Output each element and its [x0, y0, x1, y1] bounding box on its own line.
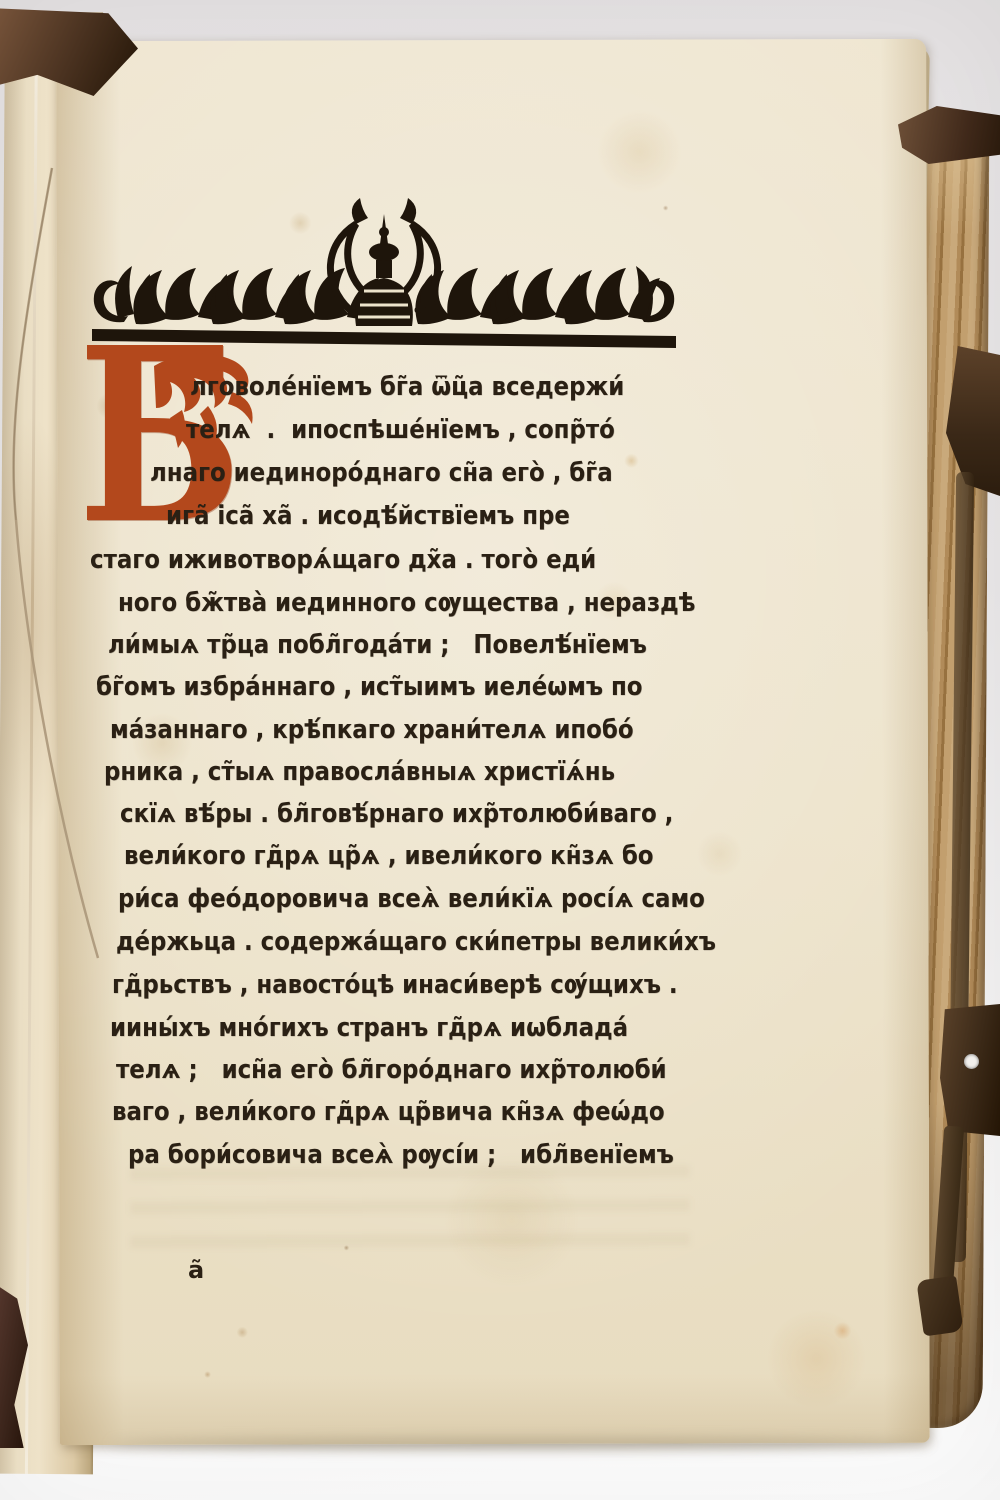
text-line: ри́са фео́доровича всеѧ̀ вели́кїѧ росі́ѧ… — [118, 884, 705, 915]
text-line: де́ржьца . содержа́щаго ски́петры велики… — [116, 927, 716, 958]
text-line: ига̃ іса̃ ха̃ . исодѣ́йствїемъ пре — [166, 501, 570, 532]
text-line: ма́заннаго , крѣ́пкаго храни́телѧ ипобо́ — [110, 715, 634, 746]
text-line: вели́кого гд̃рѧ цр̃ѧ , ивели́кого кн̃зѧ … — [124, 841, 654, 872]
text-line: ваго , вели́кого гд̃рѧ цр̃вича кн̃зѧ феѡ… — [112, 1097, 665, 1128]
text-line: ли́мыѧ тр̃ца побл̃года́ти ; Повелѣ́нїемъ — [108, 630, 647, 661]
text-line: телѧ ; исн̃а его̀ бл̃горо́днаго ихр̃толю… — [116, 1055, 667, 1086]
text-line: лговоле́нїемъ бг̃а ѿц̃а вседержи́ — [190, 372, 624, 403]
signature-mark: а̃ — [188, 1256, 204, 1284]
text-line: гд̃рьствъ , навосто́цѣ инаси́верѣ сѹ́щих… — [112, 970, 678, 1001]
text-line: рника , ст̃ыѧ правосла́вныѧ христїѧ́нь — [104, 757, 615, 788]
text-line: иины́хъ мно́гихъ странъ гд̃рѧ иѡблада́ — [110, 1013, 628, 1044]
text-line: бг̃омъ избра́ннаго , ист̃ыимъ иеле́ѡмъ п… — [96, 672, 643, 703]
photo-backdrop: Б лговоле́нїемъ бг̃а ѿц̃а вседержи́телѧ … — [0, 0, 1000, 1500]
text-line: ного бж̃тва̀ иединного сѹщества , неразд… — [118, 588, 695, 619]
text-block: лговоле́нїемъ бг̃а ѿц̃а вседержи́телѧ . … — [0, 0, 1000, 1500]
text-line: лнаго иединоро́днаго сн̃а его̀ , бг̃а — [150, 458, 613, 489]
show-through-text — [130, 1165, 690, 1252]
text-line: телѧ . ипоспѣше́нїемъ , сопр̃то́ — [186, 415, 615, 446]
text-line: скїѧ вѣ́ры . бл̃говѣ́рнаго ихр̃толюби́ва… — [120, 799, 673, 830]
text-line: стаго иживотворѧ́щаго дх̃а . того̀ еди́ — [90, 545, 596, 576]
